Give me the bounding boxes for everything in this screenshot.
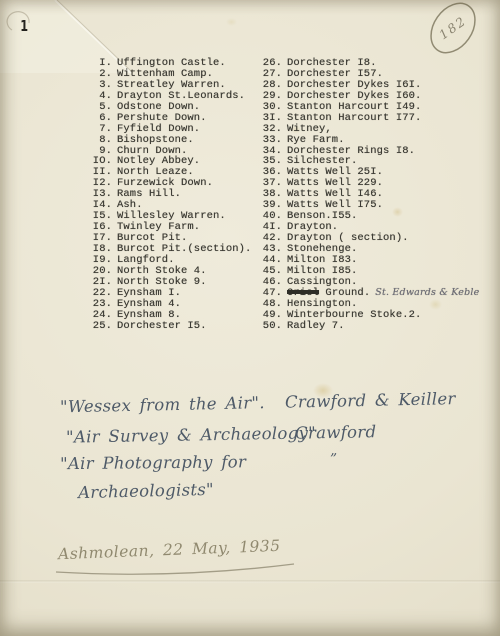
list-item: 2I.North Stoke 9. bbox=[92, 276, 251, 287]
corner-page-mark: 1 bbox=[20, 17, 28, 35]
list-item: 23.Eynsham 4. bbox=[92, 298, 251, 309]
list-item: I9.Langford. bbox=[92, 254, 251, 265]
list-item: 39.Watts Well I75. bbox=[262, 199, 479, 210]
list-item: II.North Leaze. bbox=[92, 166, 251, 177]
list-item: 46.Cassington. bbox=[262, 276, 479, 287]
list-item: 24.Eynsham 8. bbox=[92, 309, 251, 320]
list-item: 7.Fyfield Down. bbox=[92, 123, 251, 134]
horizontal-crease bbox=[0, 580, 500, 583]
list-item: 3.Streatley Warren. bbox=[92, 79, 251, 90]
scanned-page: 1 182 I.Uffington Castle.2.Wittenham Cam… bbox=[0, 0, 500, 636]
list-item: I2.Furzewick Down. bbox=[92, 177, 251, 188]
list-item: 20.North Stoke 4. bbox=[92, 265, 251, 276]
item-number: 25. bbox=[92, 320, 112, 332]
list-item: 44.Milton I83. bbox=[262, 254, 479, 265]
note-author: Crawford bbox=[295, 422, 377, 442]
list-item: 34.Dorchester Rings I8. bbox=[262, 145, 479, 156]
handwritten-annotation: St. Edwards & Keble bbox=[375, 287, 479, 298]
list-item: 8.Bishopstone. bbox=[92, 134, 251, 145]
circled-number-annotation: 182 bbox=[415, 0, 500, 65]
list-item: 6.Pershute Down. bbox=[92, 112, 251, 123]
list-item: 4.Drayton St.Leonards. bbox=[92, 90, 251, 101]
ditto-mark: ” bbox=[330, 451, 338, 467]
list-item: 30.Stanton Harcourt I49. bbox=[262, 101, 479, 112]
list-item: 42.Drayton ( section). bbox=[262, 232, 479, 243]
list-item: 37.Watts Well 229. bbox=[262, 177, 479, 188]
list-item: 38.Watts Well I46. bbox=[262, 188, 479, 199]
list-item: 32.Witney, bbox=[262, 123, 479, 134]
date-line: Ashmolean, 22 May, 1935 bbox=[58, 537, 281, 564]
list-item: 36.Watts Well 25I. bbox=[262, 166, 479, 177]
list-item: 29.Dorchester Dykes I60. bbox=[262, 90, 479, 101]
list-item: 47.Oriel Ground.St. Edwards & Keble bbox=[262, 287, 479, 298]
list-item: 22.Eynsham I. bbox=[92, 287, 251, 298]
list-item: 5.Odstone Down. bbox=[92, 101, 251, 112]
note-author: Crawford & Keiller bbox=[285, 389, 456, 412]
item-number: 50. bbox=[262, 320, 282, 332]
list-item: 49.Winterbourne Stoke.2. bbox=[262, 309, 479, 320]
note-line: Archaeologists" bbox=[78, 473, 498, 502]
list-item: I8.Burcot Pit.(section). bbox=[92, 243, 251, 254]
list-item: IO.Notley Abbey. bbox=[92, 155, 251, 166]
list-item: 48.Hensington. bbox=[262, 298, 479, 309]
list-item: 33.Rye Farm. bbox=[262, 134, 479, 145]
note-title: "Air Photography for bbox=[60, 452, 246, 473]
list-item: 43.Stonehenge. bbox=[262, 243, 479, 254]
list-item: I3.Rams Hill. bbox=[92, 188, 251, 199]
note-line: "Air Photography for ” bbox=[60, 450, 480, 473]
item-text: Dorchester I5. bbox=[117, 320, 207, 332]
list-item: I7.Burcot Pit. bbox=[92, 232, 251, 243]
note-line: "Air Survey & Archaeology" Crawford bbox=[66, 420, 486, 446]
list-item: 28.Dorchester Dykes I6I. bbox=[262, 79, 479, 90]
list-item: 3I.Stanton Harcourt I77. bbox=[262, 112, 479, 123]
list-item: 25.Dorchester I5. bbox=[92, 320, 251, 331]
note-title: "Air Survey & Archaeology" bbox=[66, 423, 316, 446]
note-title: "Wessex from the Air". bbox=[60, 393, 265, 416]
list-item: 27.Dorchester I57. bbox=[262, 68, 479, 79]
list-item: I4.Ash. bbox=[92, 199, 251, 210]
list-item: 50.Radley 7. bbox=[262, 320, 479, 331]
list-column-right: 26.Dorchester I8.27.Dorchester I57.28.Do… bbox=[262, 57, 479, 330]
paper-stain bbox=[226, 18, 237, 26]
list-item: 26.Dorchester I8. bbox=[262, 57, 479, 68]
list-item: 4I.Drayton. bbox=[262, 221, 479, 232]
list-item: 9.Churn Down. bbox=[92, 145, 251, 156]
note-line: "Wessex from the Air". Crawford & Keille… bbox=[60, 389, 480, 417]
list-item: I6.Twinley Farm. bbox=[92, 221, 251, 232]
list-item: 40.Benson.I55. bbox=[262, 210, 479, 221]
list-column-left: I.Uffington Castle.2.Wittenham Camp.3.St… bbox=[92, 57, 251, 330]
list-item: 2.Wittenham Camp. bbox=[92, 68, 251, 79]
list-item: I5.Willesley Warren. bbox=[92, 210, 251, 221]
note-title: Archaeologists" bbox=[78, 480, 214, 502]
circled-number: 182 bbox=[436, 13, 469, 42]
list-item: 45.Milton I85. bbox=[262, 265, 479, 276]
list-item: 35.Silchester. bbox=[262, 155, 479, 166]
list-item: I.Uffington Castle. bbox=[92, 57, 251, 68]
item-text: Radley 7. bbox=[287, 320, 345, 332]
